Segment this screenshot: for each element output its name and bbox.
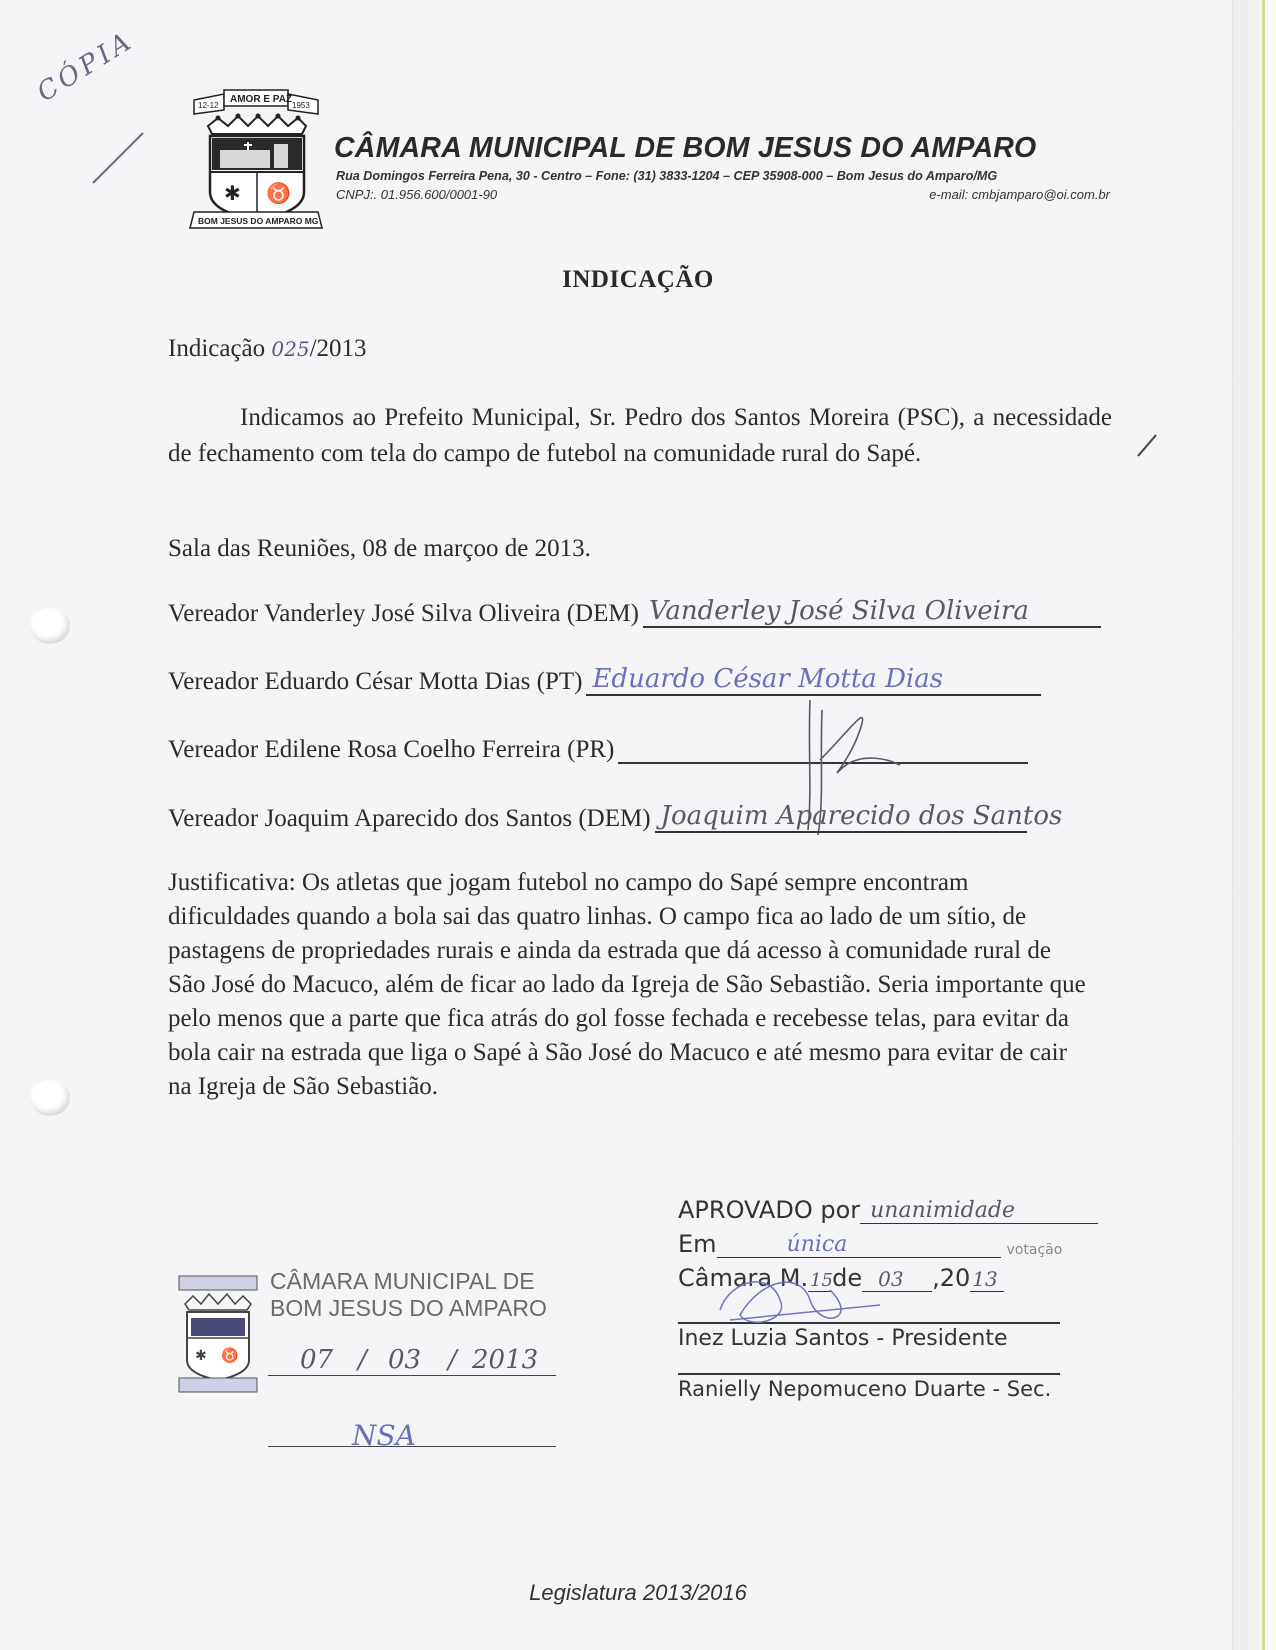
approval-row-em: Em única votação [678, 1224, 1098, 1258]
legislature-footer: Legislatura 2013/2016 [0, 1580, 1276, 1606]
signer-label: Vereador Vanderley José Silva Oliveira (… [168, 600, 639, 628]
signer-row: Vereador Vanderley José Silva Oliveira (… [168, 600, 1101, 628]
em-field: única [717, 1233, 1001, 1258]
signature-handwritten: Joaquim Aparecido dos Santos [661, 801, 1063, 831]
stamp-signature-line: NSA [268, 1420, 556, 1447]
institution-email: e-mail: cmbjamparo@oi.com.br [929, 187, 1110, 202]
secretary-signature-line [678, 1351, 1060, 1375]
document-title: INDICAÇÃO [0, 266, 1276, 294]
institution-address: Rua Domingos Ferreira Pena, 30 - Centro … [336, 169, 997, 183]
year-value: 13 [972, 1267, 997, 1291]
svg-text:✱: ✱ [195, 1349, 207, 1364]
punch-hole-bottom [30, 1080, 70, 1116]
svg-text:12-12: 12-12 [198, 101, 219, 110]
signature-handwritten: Vanderley José Silva Oliveira [649, 596, 1029, 626]
indication-label: Indicação [168, 335, 271, 362]
stamp-day: 07 [300, 1345, 333, 1375]
svg-text:♉: ♉ [221, 1347, 238, 1364]
svg-text:AMOR E PAZ: AMOR E PAZ [230, 94, 292, 105]
handwritten-copia-note: CÓPIA [32, 25, 139, 108]
approval-row-approved: APROVADO por unanimidade [678, 1190, 1098, 1224]
handwritten-slash-mark [88, 128, 148, 188]
em-suffix: votação [1007, 1242, 1063, 1258]
justification-text: Justificativa: Os atletas que jogam fute… [168, 866, 1088, 1104]
scan-background [1265, 0, 1276, 1650]
institution-name: CÂMARA MUNICIPAL DE BOM JESUS DO AMPARO [334, 132, 1036, 165]
signature-line: Vanderley José Silva Oliveira [643, 600, 1101, 628]
stamp-month: 03 [388, 1345, 421, 1375]
indication-paragraph-text: Indicamos ao Prefeito Municipal, Sr. Ped… [168, 404, 1112, 467]
stamp-date: 07 / 03 / 2013 [268, 1345, 556, 1376]
secretary-name: Ranielly Nepomuceno Duarte - Sec. [678, 1377, 1098, 1401]
indication-handwritten-number: 025 [271, 337, 309, 361]
stamp-institution: CÂMARA MUNICIPAL DE BOM JESUS DO AMPARO [270, 1268, 547, 1322]
indication-number: Indicação 025/2013 [168, 335, 367, 363]
signer-label: Vereador Eduardo César Motta Dias (PT) [168, 668, 582, 696]
indication-paragraph: Indicamos ao Prefeito Municipal, Sr. Ped… [168, 400, 1112, 471]
year-prefix: ,20 [932, 1264, 970, 1292]
stamp-line-2: BOM JESUS DO AMPARO [270, 1295, 547, 1322]
institution-cnpj: CNPJ:. 01.956.600/0001-90 [336, 187, 497, 202]
approved-field: unanimidade [860, 1199, 1098, 1224]
svg-text:♉: ♉ [266, 181, 291, 205]
signer-row: Vereador Eduardo César Motta Dias (PT) E… [168, 668, 1041, 696]
municipal-crest-icon: 12-12 AMOR E PAZ 1953 ✱ ♉ BOM JESUS DO A… [188, 88, 324, 234]
svg-text:BOM JESUS DO AMPARO MG: BOM JESUS DO AMPARO MG [198, 216, 319, 226]
approved-value: unanimidade [870, 1198, 1015, 1223]
em-value: única [787, 1232, 848, 1257]
signer-label: Vereador Joaquim Aparecido dos Santos (D… [168, 805, 651, 833]
svg-text:1953: 1953 [292, 101, 310, 110]
svg-text:✱: ✱ [224, 183, 241, 205]
year-field: 13 [970, 1267, 1004, 1292]
place-and-date: Sala das Reuniões, 08 de marçoo de 2013. [168, 535, 591, 563]
stamp-initials: NSA [352, 1419, 416, 1452]
em-label: Em [678, 1230, 717, 1258]
handwritten-tick-mark [1134, 432, 1160, 460]
approved-label: APROVADO por [678, 1196, 860, 1224]
stamp-line-1: CÂMARA MUNICIPAL DE [270, 1268, 547, 1295]
signature-line: Joaquim Aparecido dos Santos [655, 805, 1027, 833]
signer-label: Vereador Edilene Rosa Coelho Ferreira (P… [168, 736, 614, 764]
stamp-year: 2013 [472, 1345, 538, 1375]
page-edge-shadow [1232, 0, 1263, 1650]
indication-year: /2013 [310, 335, 367, 362]
punch-hole-top [30, 608, 70, 644]
president-signature-scribble [710, 1260, 890, 1340]
signer-row: Vereador Joaquim Aparecido dos Santos (D… [168, 805, 1027, 833]
stamp-crest-icon: ✱ ♉ [175, 1274, 261, 1394]
